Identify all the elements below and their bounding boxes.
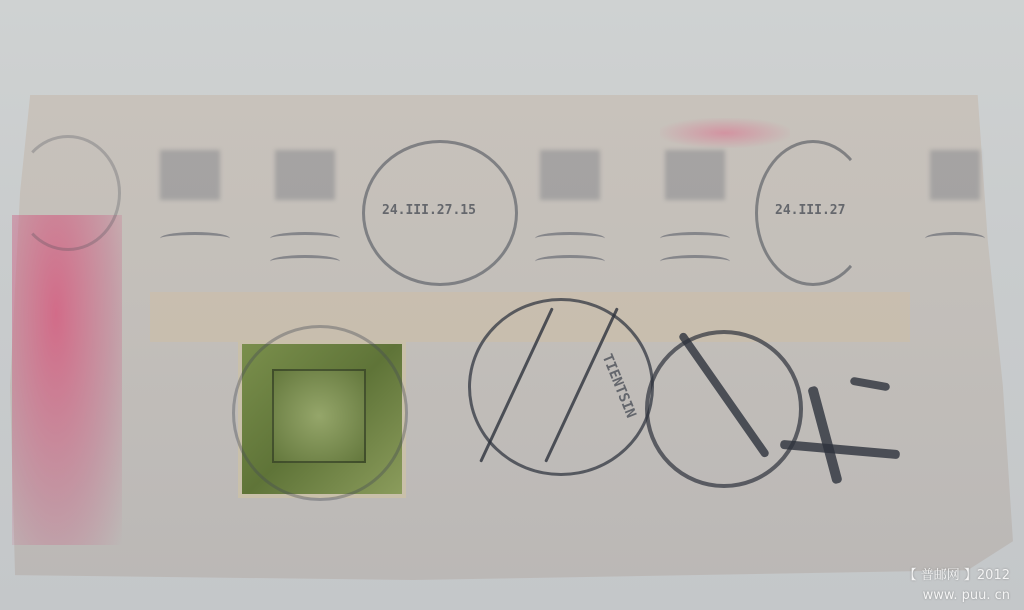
cancel-wave [535, 232, 605, 245]
stamp-cancel [232, 325, 408, 501]
cancel-wave [660, 255, 730, 268]
cancel-block [275, 150, 335, 200]
cancel-wave [160, 232, 230, 245]
cancel-block [540, 150, 600, 200]
pink-stain-top [660, 118, 790, 148]
postmark-date: 24.III.27.15 [382, 203, 476, 218]
watermark-url: www. puu. cn [904, 586, 1010, 606]
cancel-wave [270, 232, 340, 245]
cancel-block [665, 150, 725, 200]
postmark-right [645, 330, 803, 488]
pink-stain [12, 215, 122, 545]
cancel-wave [270, 255, 340, 268]
postmark-date: 24.III.27 [775, 203, 845, 218]
watermark-title: 【 普邮网 】2012 [904, 566, 1010, 586]
cancel-block [160, 150, 220, 200]
cancel-block [930, 150, 980, 200]
watermark: 【 普邮网 】2012 www. puu. cn [904, 566, 1010, 606]
cancel-wave [660, 232, 730, 245]
cancel-wave [925, 232, 985, 245]
cancel-wave [535, 255, 605, 268]
postmark-circle [15, 135, 121, 251]
